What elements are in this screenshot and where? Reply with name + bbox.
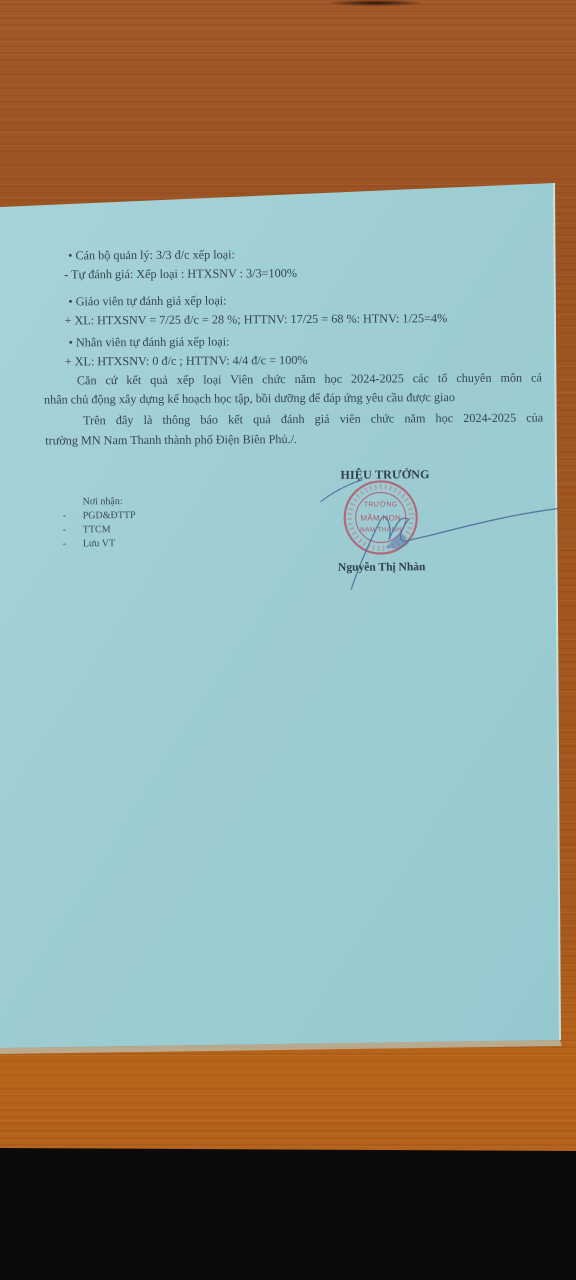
- doc-line-staff: • Nhân viên tự đánh giá xếp loại:: [69, 334, 230, 349]
- handwritten-signature: [300, 468, 571, 600]
- bullet-dash: -: [63, 509, 83, 523]
- doc-paragraph2-line1: Trên đây là thông báo kết quả đánh giá v…: [83, 411, 543, 428]
- doc-line-teachers-results: + XL: HTXSNV = 7/25 đ/c = 28 %; HTTNV: 1…: [64, 311, 447, 327]
- doc-paragraph1-line2: nhân chủ động xây dựng kế hoạch học tập,…: [44, 390, 455, 407]
- doc-line-staff-results: + XL: HTXSNV: 0 đ/c ; HTTNV: 4/4 đ/c = 1…: [65, 353, 308, 368]
- bullet-dash: -: [63, 537, 83, 551]
- recipients-title: Nơi nhận:: [63, 495, 136, 509]
- doc-line-self-assessment: - Tự đánh giá: Xếp loại : HTXSNV : 3/3=1…: [64, 266, 297, 281]
- recipient-item: - PGD&ĐTTP: [63, 509, 136, 523]
- doc-paragraph1-line1: Căn cứ kết quả xếp loại Viên chức năm họ…: [77, 371, 542, 388]
- doc-line-teachers: • Giáo viên tự đánh giá xếp loại:: [68, 293, 226, 308]
- document-text: • Cán bộ quản lý: 3/3 đ/c xếp loại: - Tự…: [0, 0, 576, 1102]
- recipient-label: PGD&ĐTTP: [83, 509, 136, 523]
- recipient-label: TTCM: [83, 523, 111, 537]
- recipient-item: - Lưu VT: [63, 537, 136, 551]
- bullet-dash: -: [63, 523, 83, 537]
- signer-name: Nguyễn Thị Nhàn: [338, 561, 425, 574]
- dark-floor-area: [0, 1148, 576, 1280]
- recipient-item: - TTCM: [63, 523, 136, 537]
- recipient-label: Lưu VT: [83, 537, 115, 551]
- doc-line-managers: • Cán bộ quản lý: 3/3 đ/c xếp loại:: [68, 247, 235, 262]
- recipients-block: Nơi nhận: - PGD&ĐTTP - TTCM - Lưu VT: [63, 495, 136, 551]
- doc-paragraph2-line2: trường MN Nam Thanh thành phố Điện Biên …: [45, 432, 297, 448]
